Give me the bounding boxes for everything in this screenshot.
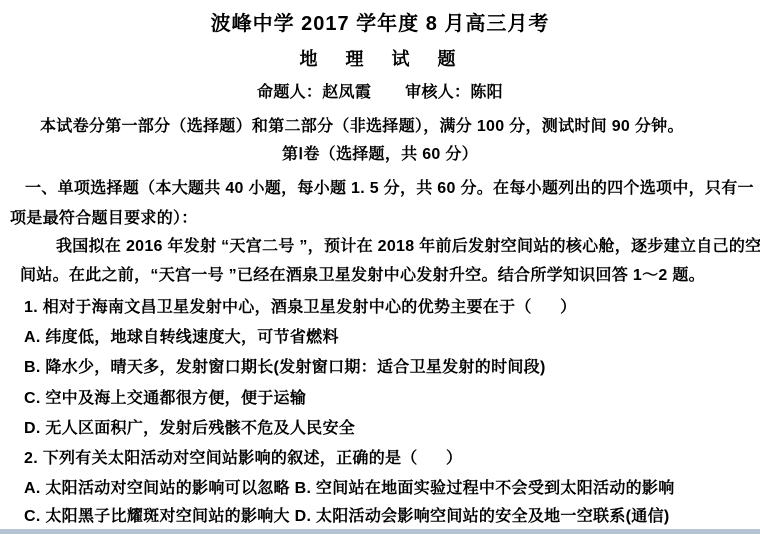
question-1-stem: 1. 相对于海南文昌卫星发射中心，酒泉卫星发射中心的优势主要在于（ ） xyxy=(24,297,576,318)
exam-setter: 命题人：赵凤霞 xyxy=(257,84,371,101)
question-1-option-d: D. 无人区面积广，发射后残骸不危及人民安全 xyxy=(24,418,355,439)
question-1-option-b: B. 降水少，晴天多，发射窗口期长(发射窗口期：适合卫星发射的时间段) xyxy=(24,357,546,378)
passage-line1: 我国拟在 2016 年发射 “天宫二号 ”，预计在 2018 年前后发射空间站的… xyxy=(56,236,760,257)
exam-reviewer: 审核人：陈阳 xyxy=(405,84,503,101)
question-2-stem: 2. 下列有关太阳活动对空间站影响的叙述，正确的是（ ） xyxy=(24,448,462,469)
exam-title: 波峰中学 2017 学年度 8 月高三月考 xyxy=(0,12,760,36)
exam-paper-page: 波峰中学 2017 学年度 8 月高三月考 地 理 试 题 命题人：赵凤霞审核人… xyxy=(0,0,760,534)
question-2-options-ab: A. 太阳活动对空间站的影响可以忽略 B. 空间站在地面实验过程中不会受到太阳活… xyxy=(24,478,675,499)
question-1-option-a: A. 纬度低，地球自转线速度大，可节省燃料 xyxy=(24,327,339,348)
bottom-edge-bar xyxy=(0,529,760,534)
paper-structure-note: 本试卷分第一部分（选择题）和第二部分（非选择题），满分 100 分，测试时间 9… xyxy=(40,116,684,137)
subject-title: 地 理 试 题 xyxy=(0,48,760,70)
part1-header: 第Ⅰ卷（选择题，共 60 分） xyxy=(0,144,760,165)
passage-line2: 间站。在此之前，“天宫一号 ”已经在酒泉卫星发射中心发射升空。结合所学知识回答 … xyxy=(20,265,705,286)
byline: 命题人：赵凤霞审核人：陈阳 xyxy=(0,82,760,103)
question-1-option-c: C. 空中及海上交通都很方便，便于运输 xyxy=(24,388,306,409)
question-2-options-cd: C. 太阳黑子比耀斑对空间站的影响大 D. 太阳活动会影响空间站的安全及地一空联… xyxy=(24,506,670,527)
section1-instructions-line2: 项是最符合题目要求的）： xyxy=(10,208,198,229)
section1-instructions-line1: 一、单项选择题（本大题共 40 小题，每小题 1. 5 分，共 60 分。在每小… xyxy=(25,178,754,199)
